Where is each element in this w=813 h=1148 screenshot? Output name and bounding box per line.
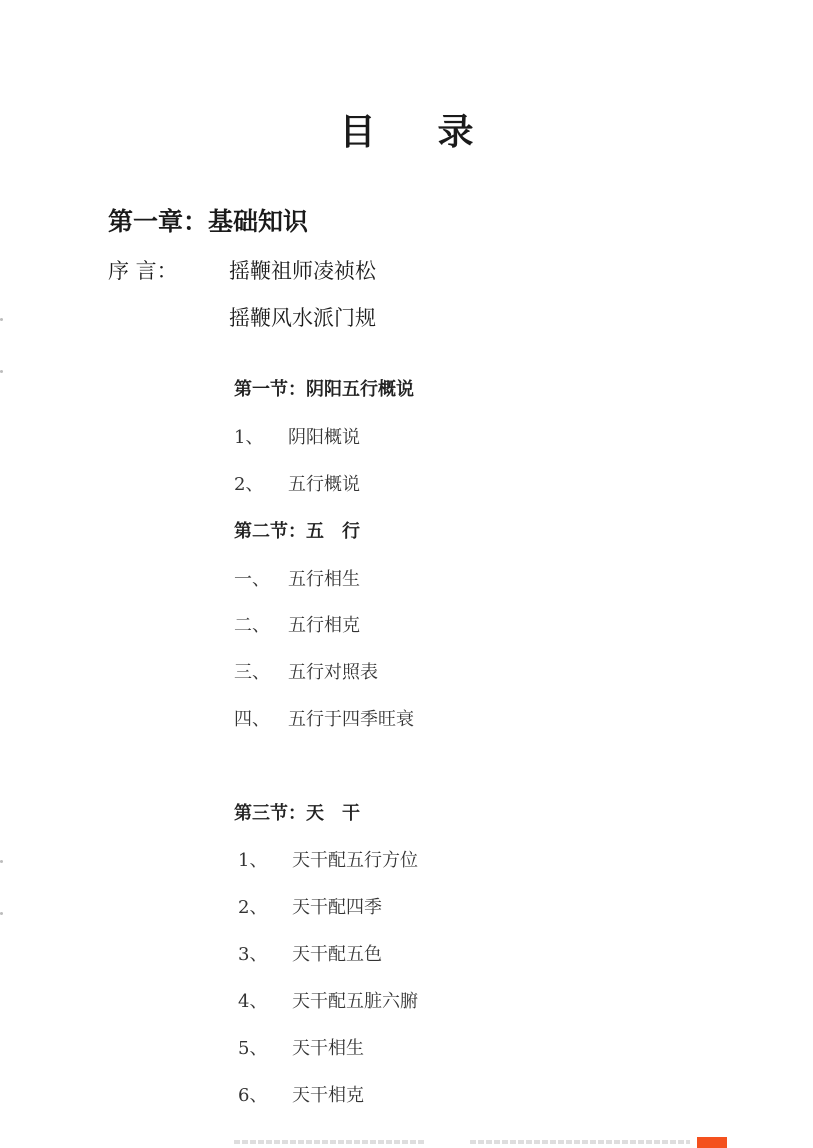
preface-label: 序 言： (108, 255, 178, 285)
section-heading: 第三节：天 干 (234, 799, 360, 825)
entry-number: 1、 (238, 846, 267, 872)
entry-number: 6、 (238, 1081, 267, 1107)
entry-text: 五行相生 (288, 565, 360, 591)
entry-text: 天干相克 (292, 1081, 364, 1107)
scan-mark (0, 912, 3, 915)
entry-number: 5、 (238, 1034, 267, 1060)
entry-text: 天干配五行方位 (292, 846, 418, 872)
entry-text: 五行对照表 (288, 658, 378, 684)
footer-text-faint (470, 1140, 690, 1144)
title-char-1: 目 (339, 104, 375, 155)
preface-item: 摇鞭风水派门规 (229, 302, 376, 332)
entry-text: 五行相克 (288, 611, 360, 637)
entry-number: 四、 (234, 705, 270, 731)
chapter-heading: 第一章：基础知识 (108, 202, 308, 238)
scan-mark (0, 318, 3, 321)
entry-number: 4、 (238, 987, 267, 1013)
entry-text: 五行概说 (288, 470, 360, 496)
title-char-2: 录 (438, 104, 474, 155)
entry-number: 3、 (238, 940, 267, 966)
footer-text-faint (234, 1140, 424, 1144)
page-title: 目录 (0, 104, 813, 155)
entry-number: 1、 (234, 423, 263, 449)
entry-text: 天干配五脏六腑 (292, 987, 418, 1013)
footer-badge (697, 1137, 727, 1148)
entry-number: 一、 (234, 565, 270, 591)
document-page: 目录 第一章：基础知识 序 言： 摇鞭祖师凌祯松 摇鞭风水派门规 第一节：阴阳五… (0, 0, 813, 1148)
entry-text: 天干配四季 (292, 893, 382, 919)
scan-mark (0, 860, 3, 863)
entry-text: 天干配五色 (292, 940, 382, 966)
scan-mark (0, 370, 3, 373)
entry-text: 天干相生 (292, 1034, 364, 1060)
entry-number: 2、 (234, 470, 263, 496)
section-heading: 第二节：五 行 (234, 517, 360, 543)
entry-number: 三、 (234, 658, 270, 684)
entry-text: 阴阳概说 (288, 423, 360, 449)
entry-number: 2、 (238, 893, 267, 919)
entry-text: 五行于四季旺衰 (288, 705, 414, 731)
preface-item: 摇鞭祖师凌祯松 (229, 255, 376, 285)
section-heading: 第一节：阴阳五行概说 (234, 375, 414, 401)
entry-number: 二、 (234, 611, 270, 637)
